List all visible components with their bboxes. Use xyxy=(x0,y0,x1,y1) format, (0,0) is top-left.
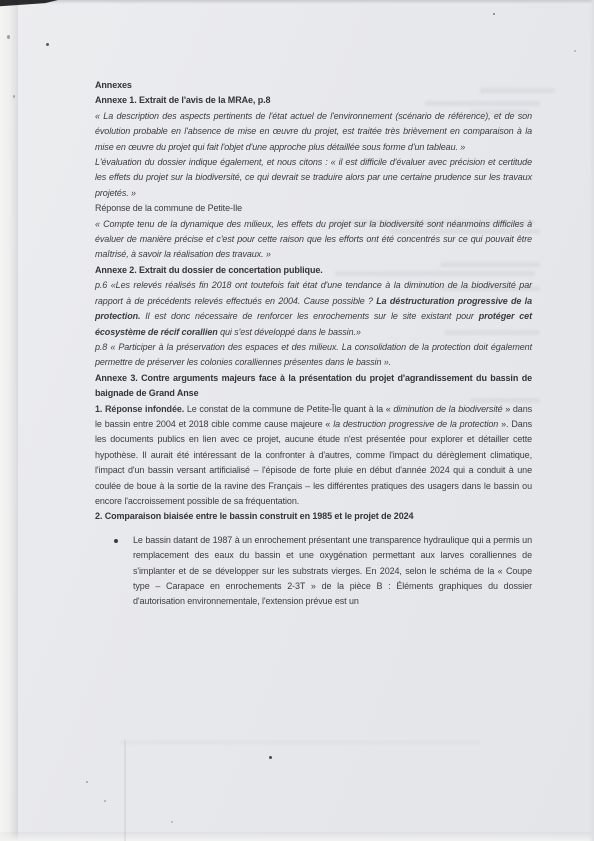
annexe2-p6-extract: p.6 «Les relevés réalisés fin 2018 ont t… xyxy=(95,278,532,340)
annexes-title: Annexes xyxy=(95,78,532,93)
ghost-text-line xyxy=(120,741,480,744)
paper-crease-left xyxy=(16,0,18,841)
annexe1-quote-2: L'évaluation du dossier indique égalemen… xyxy=(95,155,532,201)
scan-speck xyxy=(13,95,15,98)
annexe1-quote-1: « La description des aspects pertinents … xyxy=(95,109,532,155)
scan-speck xyxy=(86,781,88,783)
bullet-item: Le bassin datant de 1987 à un enrochemen… xyxy=(95,533,532,610)
scanned-page: Annexes Annexe 1. Extrait de l'avis de l… xyxy=(0,0,594,841)
scan-speck xyxy=(104,800,106,802)
scan-bottom-edge xyxy=(0,832,594,841)
annexe1-response-label: Réponse de la commune de Petite-Ile xyxy=(95,201,532,216)
scan-left-edge xyxy=(0,0,16,841)
scan-speck xyxy=(7,35,10,39)
annexe2-p8-extract: p.8 « Participer à la préservation des e… xyxy=(95,340,532,371)
scan-speck xyxy=(46,43,49,46)
bullet-icon xyxy=(114,539,118,543)
annexe2-heading: Annexe 2. Extrait du dossier de concerta… xyxy=(95,263,532,278)
scan-speck xyxy=(269,756,272,759)
document-content: Annexes Annexe 1. Extrait de l'avis de l… xyxy=(95,0,532,610)
scan-speck xyxy=(574,50,576,52)
annexe3-point1: 1. Réponse infondée. Le constat de la co… xyxy=(95,402,532,510)
scan-right-edge xyxy=(589,0,594,841)
scan-speck xyxy=(171,821,173,823)
annexe1-quote-3: « Compte tenu de la dynamique des milieu… xyxy=(95,217,532,263)
annexe3-point2-heading: 2. Comparaison biaisée entre le bassin c… xyxy=(95,509,532,524)
bullet-text: Le bassin datant de 1987 à un enrochemen… xyxy=(133,533,532,610)
paper-crease-bottom xyxy=(124,740,126,841)
annexe1-heading: Annexe 1. Extrait de l'avis de la MRAe, … xyxy=(95,93,532,108)
annexe3-heading: Annexe 3. Contre arguments majeurs face … xyxy=(95,371,532,402)
